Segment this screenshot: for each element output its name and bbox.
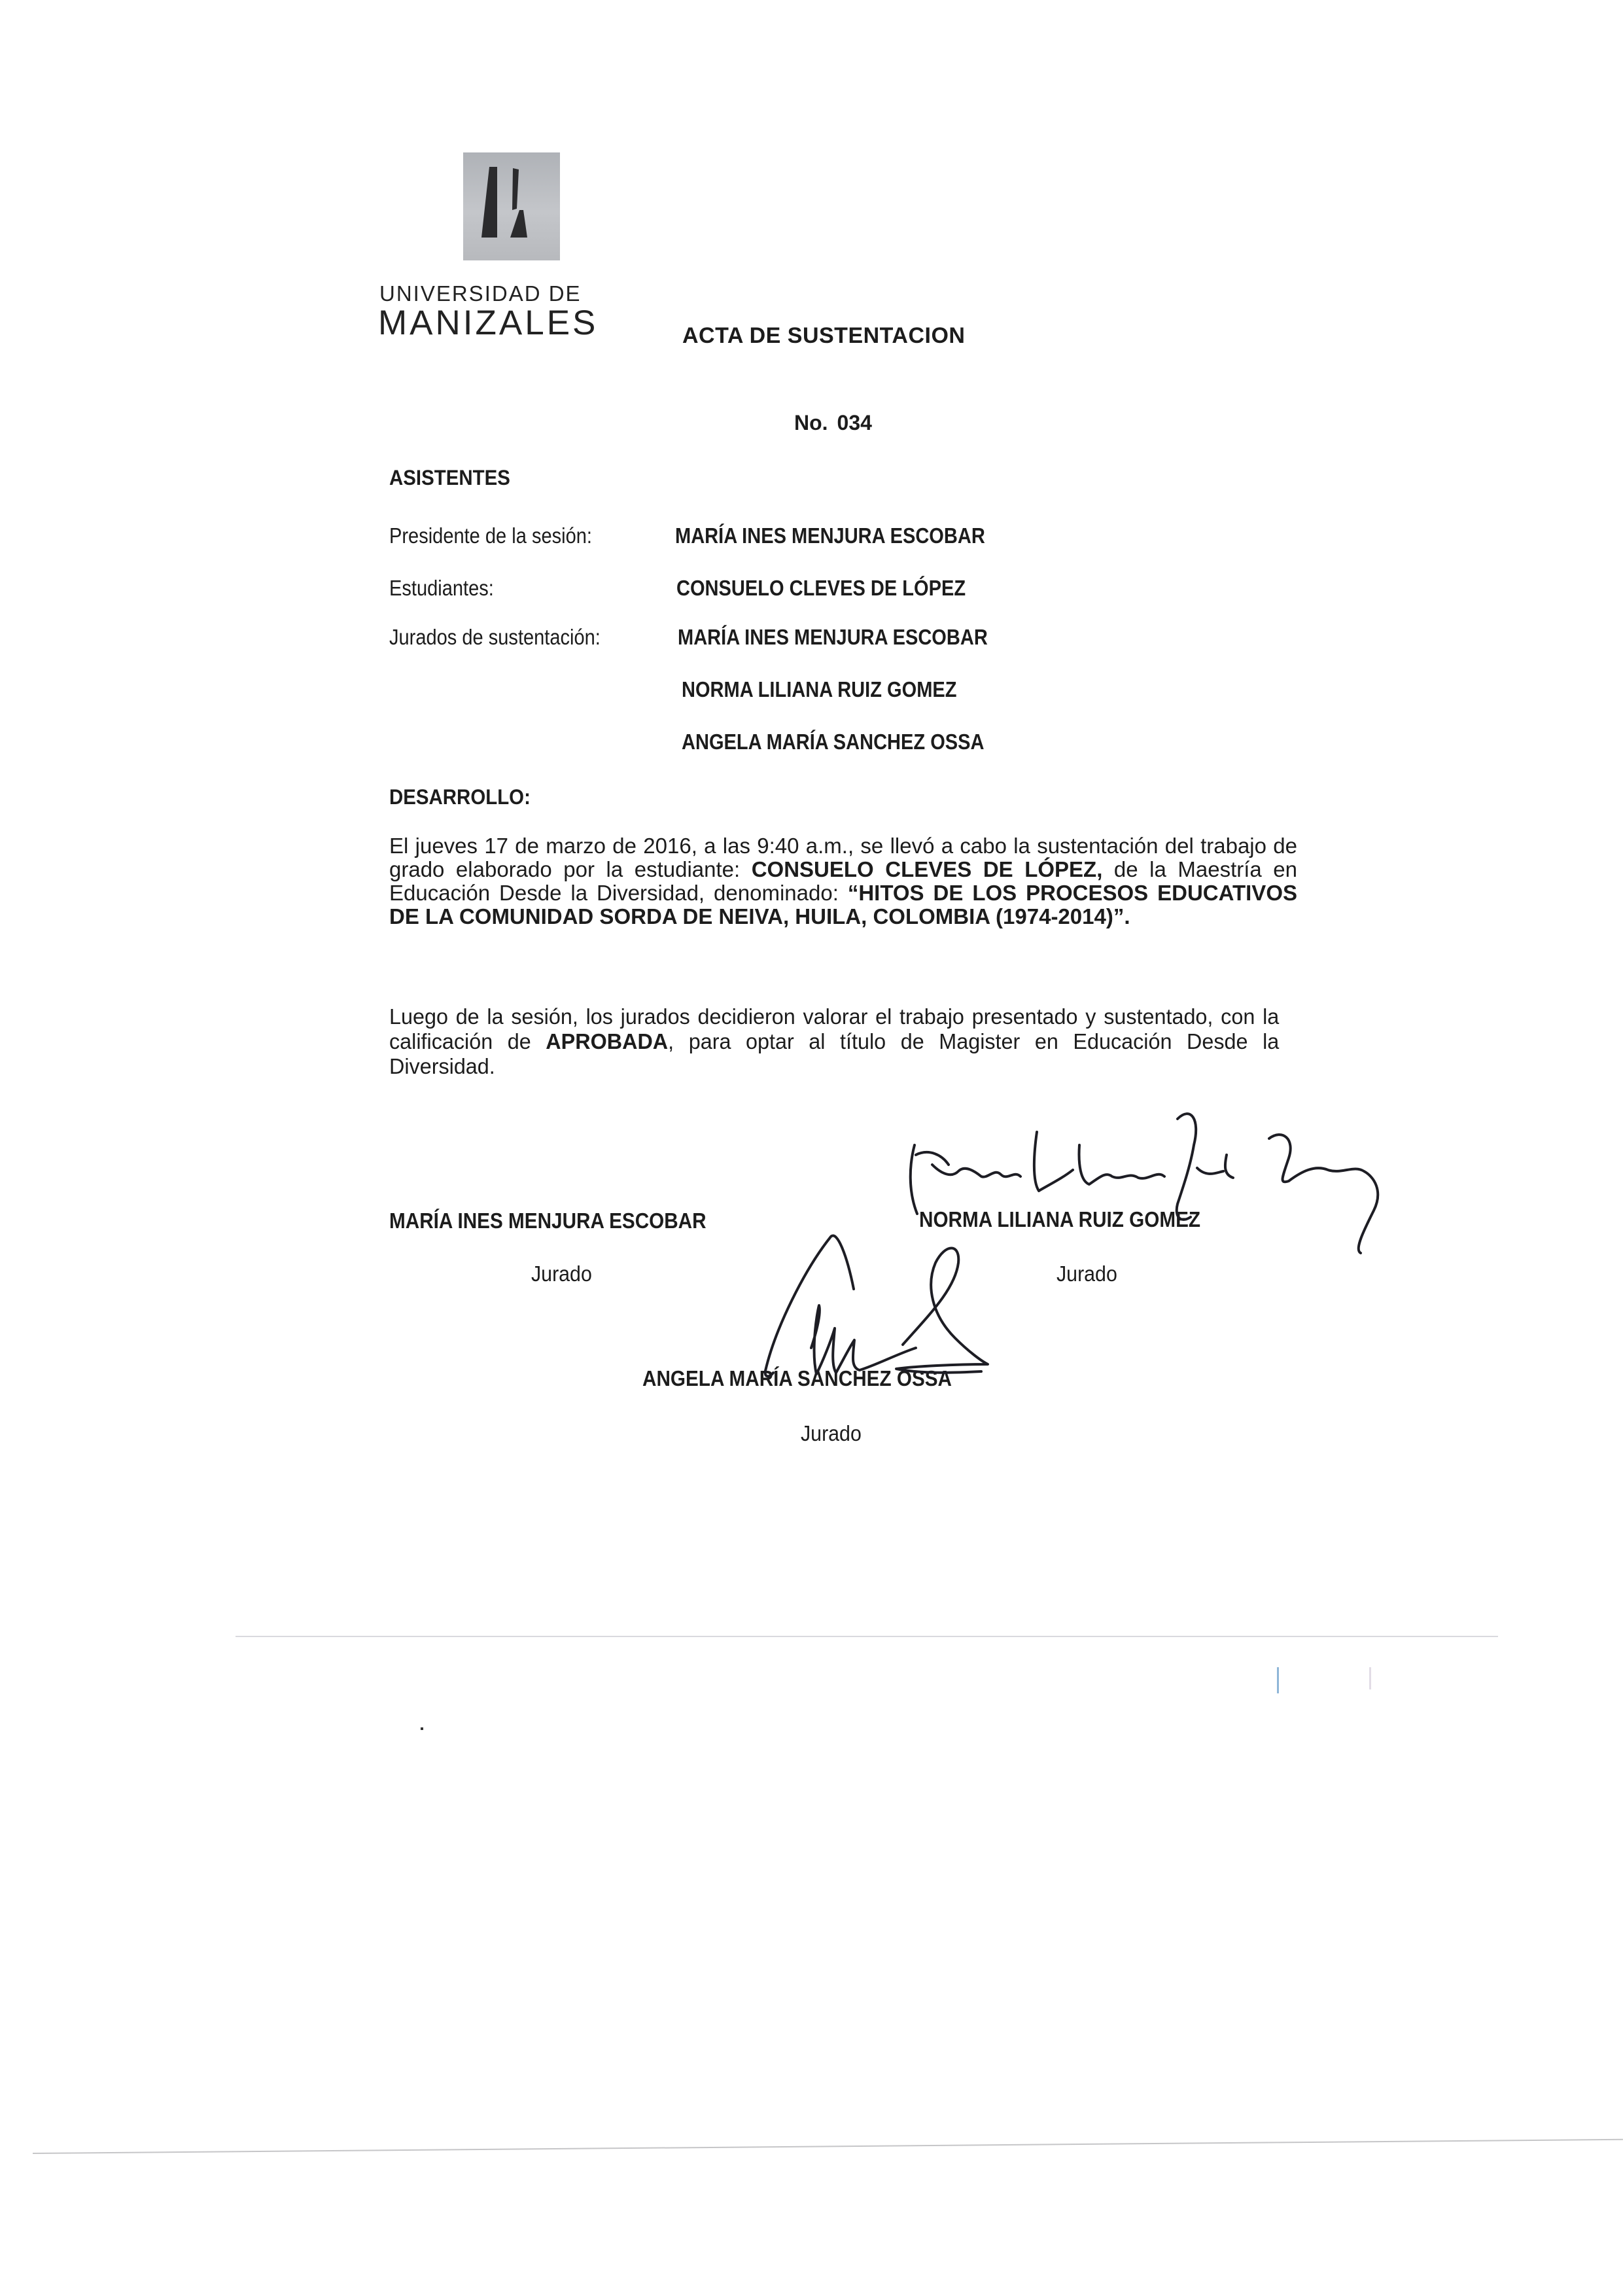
signer-role: Jurado <box>801 1421 862 1446</box>
grade-result: APROBADA <box>546 1029 668 1053</box>
document-number-label: No. <box>794 411 828 434</box>
scan-artifact-mark <box>1369 1667 1371 1689</box>
attendee-name: CONSUELO CLEVES DE LÓPEZ <box>676 576 966 601</box>
page-edge <box>33 2139 1623 2154</box>
attendee-role-label: Jurados de sustentación: <box>389 625 601 650</box>
institution-name-line-1: UNIVERSIDAD DE <box>379 281 582 306</box>
signer-name: NORMA LILIANA RUIZ GOMEZ <box>919 1207 1200 1232</box>
signer-role: Jurado <box>531 1262 592 1286</box>
section-heading-desarrollo: DESARROLLO: <box>389 785 531 809</box>
attendee-name: ANGELA MARÍA SANCHEZ OSSA <box>682 730 985 754</box>
institution-name-line-2: MANIZALES <box>378 306 598 340</box>
development-paragraph-2: Luego de la sesión, los jurados decidier… <box>389 1004 1279 1079</box>
scan-artifact-dot <box>421 1727 423 1730</box>
signer-role: Jurado <box>1056 1262 1117 1286</box>
document-number-value: 034 <box>837 411 872 434</box>
attendee-role-label: Estudiantes: <box>389 576 494 601</box>
development-paragraph-1: El jueves 17 de marzo de 2016, a las 9:4… <box>389 834 1297 928</box>
attendee-name: MARÍA INES MENJURA ESCOBAR <box>675 523 985 548</box>
document-title: ACTA DE SUSTENTACION <box>682 323 965 349</box>
handwritten-signature-norma <box>903 1093 1400 1263</box>
university-logo-icon <box>463 152 560 260</box>
scan-artifact-line <box>236 1636 1498 1637</box>
document-number: No.034 <box>794 411 872 435</box>
attendee-role-label: Presidente de la sesión: <box>389 523 592 548</box>
signer-name: MARÍA INES MENJURA ESCOBAR <box>389 1209 707 1233</box>
section-heading-asistentes: ASISTENTES <box>389 466 510 490</box>
attendee-name: NORMA LILIANA RUIZ GOMEZ <box>682 677 957 702</box>
scan-artifact-mark <box>1277 1667 1279 1693</box>
attendee-name: MARÍA INES MENJURA ESCOBAR <box>678 625 988 650</box>
signer-name: ANGELA MARÍA SANCHEZ OSSA <box>642 1366 952 1391</box>
student-name: CONSUELO CLEVES DE LÓPEZ, <box>752 857 1103 881</box>
